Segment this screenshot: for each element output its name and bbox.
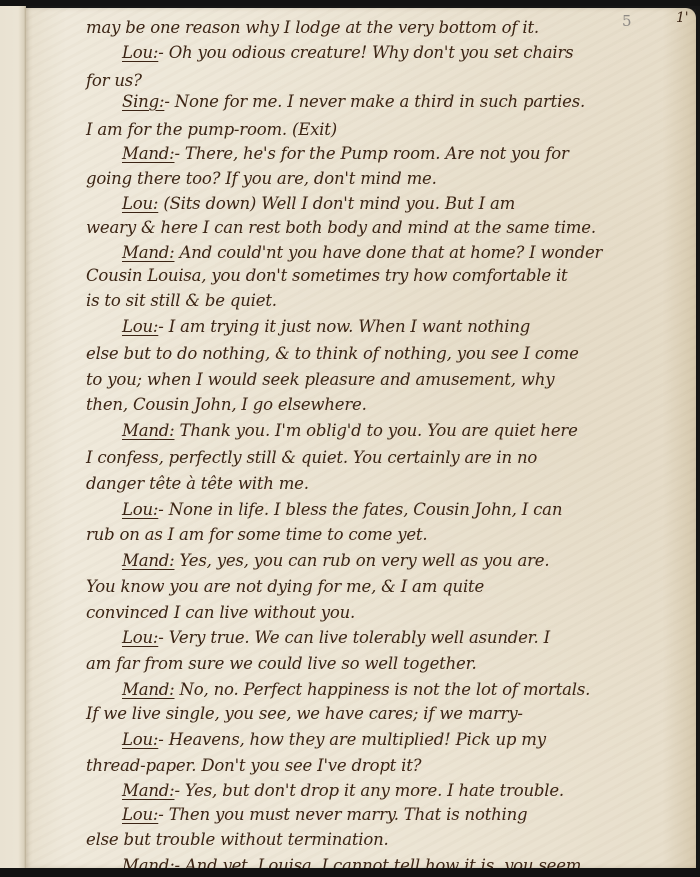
manuscript-line: Mand: And could'nt you have done that at…	[122, 243, 602, 262]
line-text: I confess, perfectly still & quiet. You …	[86, 448, 537, 467]
manuscript-line: thread-paper. Don't you see I've dropt i…	[86, 756, 421, 775]
line-text: else but to do nothing, & to think of no…	[86, 344, 579, 363]
manuscript-line: then, Cousin John, I go elsewhere.	[86, 395, 367, 414]
line-text: - Oh you odious creature! Why don't you …	[158, 43, 573, 62]
line-text: going there too? If you are, don't mind …	[86, 169, 437, 188]
manuscript-line: Lou:- Oh you odious creature! Why don't …	[122, 43, 573, 62]
scan-top-border	[0, 0, 700, 6]
speaker-name: Mand:	[122, 680, 174, 699]
corner-mark: 1'	[676, 10, 688, 26]
manuscript-line: Sing:- None for me. I never make a third…	[122, 92, 585, 111]
speaker-name: Lou:	[122, 500, 158, 519]
line-text: convinced I can live without you.	[86, 603, 355, 622]
line-text: (Sits down) Well I don't mind you. But I…	[158, 194, 515, 213]
manuscript-line: else but trouble without termination.	[86, 830, 389, 849]
line-text: - Heavens, how they are multiplied! Pick…	[158, 730, 546, 749]
manuscript-line: convinced I can live without you.	[86, 603, 355, 622]
folio-number: 5	[622, 12, 632, 30]
manuscript-line: Cousin Louisa, you don't sometimes try h…	[86, 266, 567, 285]
line-text: - There, he's for the Pump room. Are not…	[174, 144, 568, 163]
line-text: Yes, yes, you can rub on very well as yo…	[174, 551, 549, 570]
line-text: am far from sure we could live so well t…	[86, 654, 477, 673]
manuscript-line: I confess, perfectly still & quiet. You …	[86, 448, 537, 467]
speaker-name: Mand:	[122, 243, 174, 262]
speaker-name: Sing:	[122, 92, 164, 111]
line-text: And could'nt you have done that at home?…	[174, 243, 602, 262]
line-text: for us?	[86, 71, 142, 90]
manuscript-line: Lou:- I am trying it just now. When I wa…	[122, 317, 530, 336]
manuscript-line: else but to do nothing, & to think of no…	[86, 344, 579, 363]
manuscript-line: Lou: (Sits down) Well I don't mind you. …	[122, 194, 515, 213]
manuscript-line: Lou:- Then you must never marry. That is…	[122, 805, 527, 824]
speaker-name: Mand:	[122, 144, 174, 163]
line-text: Cousin Louisa, you don't sometimes try h…	[86, 266, 567, 285]
line-text: You know you are not dying for me, & I a…	[86, 577, 484, 596]
manuscript-scan: 5 may be one reason why I lodge at the v…	[0, 0, 700, 877]
line-text: - Yes, but don't drop it any more. I hat…	[174, 781, 564, 800]
speaker-name: Mand:	[122, 421, 174, 440]
manuscript-line: Mand: Thank you. I'm oblig'd to you. You…	[122, 421, 578, 440]
manuscript-line: Lou:- Heavens, how they are multiplied! …	[122, 730, 546, 749]
line-text: - None for me. I never make a third in s…	[164, 92, 585, 111]
manuscript-line: You know you are not dying for me, & I a…	[86, 577, 484, 596]
line-text: rub on as I am for some time to come yet…	[86, 525, 427, 544]
speaker-name: Lou:	[122, 43, 158, 62]
manuscript-line: to you; when I would seek pleasure and a…	[86, 370, 554, 389]
manuscript-line: Mand:- There, he's for the Pump room. Ar…	[122, 144, 569, 163]
manuscript-line: for us?	[86, 71, 142, 90]
line-text: weary & here I can rest both body and mi…	[86, 218, 596, 237]
line-text: danger tête à tête with me.	[86, 474, 309, 493]
line-text: to you; when I would seek pleasure and a…	[86, 370, 554, 389]
line-text: may be one reason why I lodge at the ver…	[86, 18, 539, 37]
manuscript-line: rub on as I am for some time to come yet…	[86, 525, 427, 544]
speaker-name: Mand:	[122, 551, 174, 570]
manuscript-line: I am for the pump-room. (Exit)	[86, 120, 337, 139]
line-text: - Very true. We can live tolerably well …	[158, 628, 550, 647]
manuscript-line: danger tête à tête with me.	[86, 474, 309, 493]
manuscript-line: going there too? If you are, don't mind …	[86, 169, 437, 188]
line-text: else but trouble without termination.	[86, 830, 389, 849]
manuscript-line: Lou:- Very true. We can live tolerably w…	[122, 628, 550, 647]
manuscript-line: weary & here I can rest both body and mi…	[86, 218, 596, 237]
line-text: I am for the pump-room. (Exit)	[86, 120, 337, 139]
manuscript-line: Mand:- Yes, but don't drop it any more. …	[122, 781, 564, 800]
speaker-name: Lou:	[122, 805, 158, 824]
speaker-name: Mand:	[122, 781, 174, 800]
speaker-name: Lou:	[122, 628, 158, 647]
manuscript-line: If we live single, you see, we have care…	[86, 704, 523, 723]
line-text: Thank you. I'm oblig'd to you. You are q…	[174, 421, 577, 440]
line-text: - I am trying it just now. When I want n…	[158, 317, 530, 336]
line-text: If we live single, you see, we have care…	[86, 704, 523, 723]
speaker-name: Lou:	[122, 317, 158, 336]
manuscript-line: Lou:- None in life. I bless the fates, C…	[122, 500, 562, 519]
previous-page-edge	[0, 6, 26, 868]
line-text: - None in life. I bless the fates, Cousi…	[158, 500, 562, 519]
manuscript-line: is to sit still & be quiet.	[86, 291, 277, 310]
manuscript-line: Mand: Yes, yes, you can rub on very well…	[122, 551, 549, 570]
manuscript-line: may be one reason why I lodge at the ver…	[86, 18, 539, 37]
line-text: No, no. Perfect happiness is not the lot…	[174, 680, 590, 699]
line-text: thread-paper. Don't you see I've dropt i…	[86, 756, 421, 775]
speaker-name: Lou:	[122, 194, 158, 213]
manuscript-line: am far from sure we could live so well t…	[86, 654, 477, 673]
scan-bottom-border	[0, 868, 700, 877]
line-text: is to sit still & be quiet.	[86, 291, 277, 310]
line-text: - Then you must never marry. That is not…	[158, 805, 527, 824]
line-text: then, Cousin John, I go elsewhere.	[86, 395, 367, 414]
speaker-name: Lou:	[122, 730, 158, 749]
manuscript-line: Mand: No, no. Perfect happiness is not t…	[122, 680, 590, 699]
